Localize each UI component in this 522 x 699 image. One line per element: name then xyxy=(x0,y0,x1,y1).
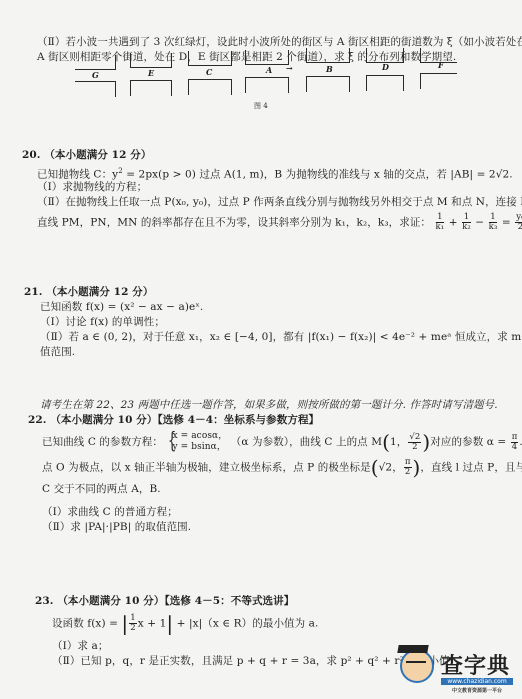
block-top-e xyxy=(130,53,172,68)
equals-sign: = xyxy=(502,217,511,229)
block-top-c xyxy=(188,51,232,66)
street-label-b: B xyxy=(326,64,333,74)
q20-part2b: 直线 PM，PN，MN 的斜率都存在且不为零，设其斜率分别为 k₁，k₂，k₃，… xyxy=(37,213,522,232)
figure-caption: 图 4 xyxy=(254,101,268,111)
chazidian-logo[interactable]: 查字典 www.chazidian.com 中文教育资源第一平台 xyxy=(395,645,520,697)
street-label-d: D xyxy=(382,62,389,72)
glasses-icon xyxy=(406,661,426,669)
fraction-1-over-2: 12 xyxy=(129,614,137,633)
q20-header: 20. （本小题满分 12 分） xyxy=(22,148,151,162)
fraction-sqrt2-over-2: √22 xyxy=(408,433,421,452)
block-top-a xyxy=(245,50,289,65)
fraction-1-over-k2: 1k₂ xyxy=(462,213,471,232)
street-label-f: F xyxy=(438,60,444,70)
q22-line2: 点 O 为极点，以 x 轴正半轴为极轴，建立极坐标系，点 P 的极坐标是(√2，… xyxy=(42,458,522,477)
street-label-e: E xyxy=(148,68,154,78)
block-bot-b xyxy=(306,76,350,92)
block-top-b xyxy=(306,48,350,63)
q20-stem-pre: 已知抛物线 C：y xyxy=(37,169,118,181)
arrow-right-icon: → xyxy=(286,63,293,73)
q21-part2b: 值范围. xyxy=(40,345,75,359)
q22-header: 22. （本小题满分 10 分）【选修 4－4：坐标系与参数方程】 xyxy=(28,413,319,427)
block-bot-a xyxy=(245,77,289,93)
q21-part1: （Ⅰ）讨论 f(x) 的单调性； xyxy=(40,315,165,329)
q20-part2: （Ⅱ）在抛物线上任取一点 P(x₀, y₀)，过点 P 作两条直线分别与抛物线另… xyxy=(37,195,522,209)
q23-part1: （Ⅰ）求 a； xyxy=(52,639,108,653)
q20-part1: （Ⅰ）求抛物线的方程； xyxy=(37,180,147,194)
q22-line3: C 交于不同的两点 A，B. xyxy=(42,482,161,496)
exam-page: （Ⅱ）若小波一共遇到了 3 次红绿灯，设此时小波所处的街区与 A 街区相距的街道… xyxy=(0,0,522,699)
q20-part2b-text: 直线 PM，PN，MN 的斜率都存在且不为零，设其斜率分别为 k₁，k₂，k₃，… xyxy=(37,217,431,229)
street-label-g: G xyxy=(92,70,99,80)
logo-slogan: 中文教育资源第一平台 xyxy=(441,687,513,694)
q19-part2-line1: （Ⅱ）若小波一共遇到了 3 次红绿灯，设此时小波所处的街区与 A 街区相距的街道… xyxy=(37,35,522,49)
block-bot-d xyxy=(366,75,404,91)
q22-stem: 已知曲线 C 的参数方程： x = acosα，y = bsinα， （α 为参… xyxy=(42,431,522,453)
logo-title: 查字典 xyxy=(441,649,510,680)
q21-stem: 已知函数 f(x) = (x² − ax − a)eˣ. xyxy=(40,300,203,314)
q20-stem: 已知抛物线 C：y2 = 2px(p > 0) 过点 A(1, m)，B 为抛物… xyxy=(37,164,513,182)
fraction-y0-over-2: y₀2 xyxy=(515,213,522,232)
fraction-pi-over-2: π2 xyxy=(404,458,412,477)
street-diagram: G E C A → B D F 图 4 xyxy=(60,48,480,113)
q23-stem: 设函数 f(x) = |12x + 1| + |x|（x ∈ R）的最小值为 a… xyxy=(52,614,318,633)
plus-sign: + xyxy=(449,217,458,229)
fraction-1-over-k3: 1k₃ xyxy=(489,213,498,232)
q23-part2: （Ⅱ）已知 p，q，r 是正实数，且满足 p + q + r = 3a，求 p²… xyxy=(52,654,453,668)
fraction-pi-over-4: π4 xyxy=(511,433,519,452)
selection-instruction: 请考生在第 22、23 两题中任选一题作答，如果多做，则按所做的第一题计分. 作… xyxy=(40,398,498,412)
street-label-c: C xyxy=(206,67,212,77)
q22-part1: （Ⅰ）求曲线 C 的普通方程； xyxy=(42,505,178,519)
fraction-1-over-k1: 1k₁ xyxy=(436,213,445,232)
block-top-g xyxy=(75,55,116,70)
q21-header: 21. （本小题满分 12 分） xyxy=(24,285,153,299)
q22-part2: （Ⅱ）求 |PA|·|PB| 的取值范围. xyxy=(42,520,191,534)
parametric-system: x = acosα，y = bsinα， xyxy=(166,431,227,453)
q23-header: 23. （本小题满分 10 分）【选修 4－5：不等式选讲】 xyxy=(35,594,294,608)
block-top-d xyxy=(366,48,404,63)
minus-sign: − xyxy=(475,217,484,229)
block-bot-g xyxy=(75,81,116,97)
logo-url: www.chazidian.com xyxy=(441,678,513,685)
graduation-cap-icon xyxy=(397,645,428,653)
block-bot-e xyxy=(130,80,172,96)
q21-part2: （Ⅱ）若 a ∈ (0, 2)，对于任意 x₁，x₂ ∈ [−4, 0]，都有 … xyxy=(40,330,522,344)
street-label-a: A xyxy=(266,65,272,75)
q20-stem-post: = 2px(p > 0) 过点 A(1, m)，B 为抛物线的准线与 x 轴的交… xyxy=(123,169,513,181)
block-bot-c xyxy=(188,79,232,95)
block-bot-f xyxy=(420,73,457,89)
